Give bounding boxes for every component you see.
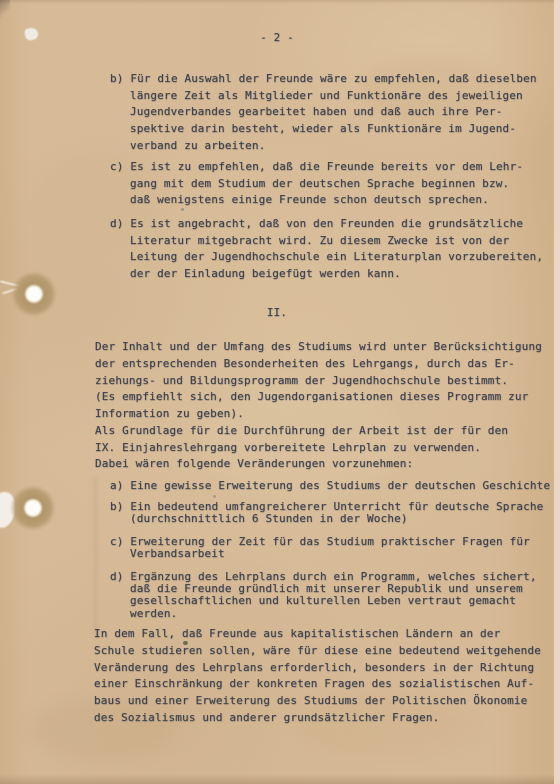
paper-edge-shading: [0, 774, 554, 784]
scanned-page: - 2 - b) Für die Auswahl der Freunde wär…: [0, 0, 554, 784]
list-item-1d: d) Es ist angebracht, daß von den Freund…: [130, 216, 560, 283]
page-number: - 2 -: [0, 31, 554, 44]
paper-edge-shading: [0, 0, 554, 4]
list-item-1c: c) Es ist zu empfehlen, daß die Freunde …: [130, 159, 560, 209]
closing-paragraph: In dem Fall, daß Freunde aus kapitalisti…: [94, 626, 559, 727]
section-two-intro-paragraph: Der Inhalt und der Umfang des Studiums w…: [95, 339, 560, 473]
hole-punch-reinforcement-bottom: [10, 485, 56, 531]
reinforcement-ring-disc: [10, 485, 56, 531]
list-item-2d: d) Ergänzung des Lehrplans durch ein Pro…: [130, 571, 560, 620]
list-item-1b: b) Für die Auswahl der Freunde wäre zu e…: [130, 71, 560, 155]
ink-speck: [213, 495, 216, 498]
list-item-2a: a) Eine gewisse Erweiterung des Studiums…: [130, 478, 560, 495]
paper-crease: [94, 478, 97, 638]
section-heading: II.: [0, 306, 554, 319]
list-item-2b: b) Ein bedeutend umfangreicherer Unterri…: [130, 501, 560, 525]
corner-shadow: [0, 0, 10, 18]
list-item-2c: c) Erweiterung der Zeit für das Studium …: [130, 536, 560, 560]
